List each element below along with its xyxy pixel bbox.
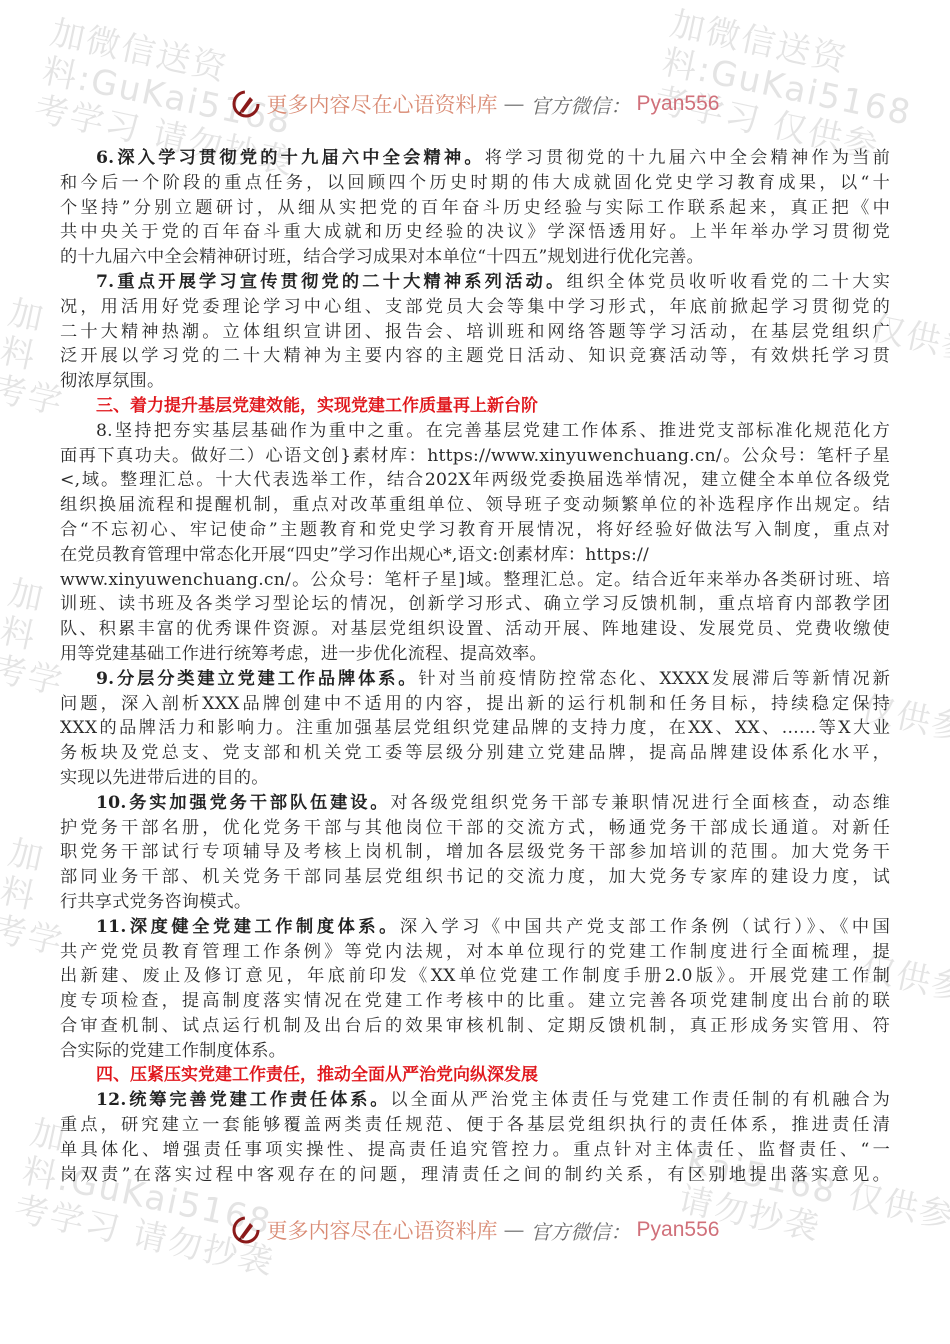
paragraph-line: XXX的品牌活力和影响力。注重加强基层党组织党建品牌的支持力度，在XX、XX、…… <box>60 716 890 741</box>
banner-separator: — <box>504 92 525 116</box>
item-title: 11.深度健全党建工作制度体系。 <box>96 917 400 937</box>
paragraph-item-8: 8.坚持把夯实基层基础作为重中之重。在完善基层党建工作体系、推进党支部标准化规范… <box>60 419 890 667</box>
paragraph-item-10: 10.务实加强党务干部队伍建设。对各级党组织党务干部专兼职情况进行全面核查，动态… <box>60 791 890 915</box>
paragraph-line: 度专项检查，提高制度落实情况在党建工作考核中的比重。建立完善各项党建制度出台前的… <box>60 989 890 1014</box>
quill-pen-logo-icon <box>231 89 261 119</box>
paragraph-line: 共产党党员教育管理工作条例》等党内法规，对本单位现行的党建工作制度进行全面梳理，… <box>60 940 890 965</box>
banner-wechat-id: Pyan556 <box>637 92 720 116</box>
paragraph-line: 单具体化、增强责任事项实操性、提高责任追究管控力。重点针对主体责任、监督责任、“… <box>60 1138 890 1163</box>
paragraph-line: 合实际的党建工作制度体系。 <box>60 1039 890 1064</box>
banner-wechat-label: 官方微信： <box>531 1216 631 1245</box>
paragraph-line: 的十九届六中全会精神研讨班，结合学习成果对本单位“十四五”规划进行优化完善。 <box>60 245 890 270</box>
paragraph-line: 况，用活用好党委理论学习中心组、支部党员大会等集中学习形式，年底前掀起学习贯彻党… <box>60 295 890 320</box>
item-title: 12.统筹完善党建工作责任体系。 <box>96 1090 390 1110</box>
paragraph-line: 部同业务干部、机关党务干部同基层党组织书记的交流力度，加大党务专家库的建设力度，… <box>60 865 890 890</box>
item-title: 9.分层分类建立党建工作品牌体系。 <box>96 669 418 689</box>
paragraph-line: 面再下真功夫。做好二）心语文创}素材库：https://www.xinyuwen… <box>60 444 890 469</box>
paragraph-line: 问题，深入剖析XXX品牌创建中不适用的内容，提出新的运行机制和任务目标，持续稳定… <box>60 692 890 717</box>
item-title: 7.重点开展学习宣传贯彻党的二十大精神系列活动。 <box>96 272 566 292</box>
paragraph-line: 共中央关于党的百年奋斗重大成就和历史经验的决议》学深悟透用好。上半年举办学习贯彻… <box>60 220 890 245</box>
banner-brand-text: 更多内容尽在心语资料库 <box>267 1215 498 1245</box>
paragraph-line: 护党务干部名册，优化党务干部与其他岗位干部的交流方式，畅通党务干部成长通道。对新… <box>60 816 890 841</box>
paragraph-line: 组织换届流程和提醒机制，重点对改革重组单位、领导班子变动频繁单位的补选程序作出规… <box>60 493 890 518</box>
paragraph-line: 8.坚持把夯实基层基础作为重中之重。在完善基层党建工作体系、推进党支部标准化规范… <box>60 419 890 444</box>
paragraph-line: 行共享式党务咨询模式。 <box>60 890 890 915</box>
header-banner: 更多内容尽在心语资料库 — 官方微信： Pyan556 <box>0 84 950 124</box>
paragraph-item-6: 6.深入学习贯彻党的十九届六中全会精神。将学习贯彻党的十九届六中全会精神作为当前… <box>60 146 890 270</box>
paragraph-line: 实现以先进带后进的目的。 <box>60 766 890 791</box>
paragraph-line: www.xinyuwenchuang.cn/。公众号：笔杆子星]域。整理汇总。定… <box>60 568 890 593</box>
footer-banner: 更多内容尽在心语资料库 — 官方微信： Pyan556 <box>0 1210 950 1250</box>
paragraph-line: 彻浓厚氛围。 <box>60 369 890 394</box>
paragraph-line: 12.统筹完善党建工作责任体系。以全面从严治党主体责任与党建工作责任制的有机融合… <box>60 1088 890 1113</box>
quill-pen-logo-icon <box>231 1215 261 1245</box>
section-heading-4: 四、压紧压实党建工作责任，推动全面从严治党向纵深发展 <box>60 1063 890 1088</box>
paragraph-line: 合审查机制、试点运行机制及出台后的效果审核机制、定期反馈机制，真正形成务实管用、… <box>60 1014 890 1039</box>
paragraph-line: 和今后一个阶段的重点任务，以回顾四个历史时期的伟大成就固化党史学习教育成果，以“… <box>60 171 890 196</box>
banner-wechat-id: Pyan556 <box>637 1218 720 1242</box>
paragraph-line: 队、积累丰富的优秀课件资源。对基层党组织设置、活动开展、阵地建设、发展党员、党费… <box>60 617 890 642</box>
paragraph-line: 训班、读书班及各类学习型论坛的情况，创新学习形式、确立学习反馈机制，重点培育内部… <box>60 592 890 617</box>
document-body: 6.深入学习贯彻党的十九届六中全会精神。将学习贯彻党的十九届六中全会精神作为当前… <box>60 146 890 1187</box>
paragraph-line: 6.深入学习贯彻党的十九届六中全会精神。将学习贯彻党的十九届六中全会精神作为当前 <box>60 146 890 171</box>
paragraph-line: 7.重点开展学习宣传贯彻党的二十大精神系列活动。组织全体党员收听收看党的二十大实 <box>60 270 890 295</box>
paragraph-line: 岗双责”在落实过程中客观存在的问题，理清责任之间的制约关系，有区别地提出落实意见… <box>60 1163 890 1188</box>
banner-separator: — <box>504 1218 525 1242</box>
paragraph-line: 二十大精神热潮。立体组织宣讲团、报告会、培训班和网络答题等学习活动，在基层党组织… <box>60 320 890 345</box>
paragraph-item-12: 12.统筹完善党建工作责任体系。以全面从严治党主体责任与党建工作责任制的有机融合… <box>60 1088 890 1187</box>
paragraph-item-11: 11.深度健全党建工作制度体系。深入学习《中国共产党支部工作条例（试行）》、《中… <box>60 915 890 1064</box>
paragraph-line: 出新建、废止及修订意见，年底前印发《XX单位党建工作制度手册2.0版》。开展党建… <box>60 964 890 989</box>
paragraph-line: 职党务干部试行专项辅导及考核上岗机制，增加各层级党务干部参加培训的范围。加大党务… <box>60 840 890 865</box>
paragraph-line: 在党员教育管理中常态化开展“四史”学习作出规心*,语文:创素材库：https:/… <box>60 543 890 568</box>
item-title: 6.深入学习贯彻党的十九届六中全会精神。 <box>96 148 485 168</box>
banner-wechat-label: 官方微信： <box>531 90 631 119</box>
paragraph-line: 个坚持”分别立题研讨，从细从实把党的百年奋斗历史经验与实际工作联系起来，真正把《… <box>60 196 890 221</box>
paragraph-line: 用等党建基础工作进行统筹考虑，进一步优化流程、提高效率。 <box>60 642 890 667</box>
section-heading-3: 三、着力提升基层党建效能，实现党建工作质量再上新台阶 <box>60 394 890 419</box>
paragraph-line: <,域。整理汇总。十大代表选举工作，结合202X年两级党委换届选举情况，建立健全… <box>60 468 890 493</box>
paragraph-line: 10.务实加强党务干部队伍建设。对各级党组织党务干部专兼职情况进行全面核查，动态… <box>60 791 890 816</box>
paragraph-line: 合“不忘初心、牢记使命”主题教育和党史学习教育开展情况，将好经验好做法写入制度，… <box>60 518 890 543</box>
paragraph-line: 11.深度健全党建工作制度体系。深入学习《中国共产党支部工作条例（试行）》、《中… <box>60 915 890 940</box>
paragraph-item-7: 7.重点开展学习宣传贯彻党的二十大精神系列活动。组织全体党员收听收看党的二十大实… <box>60 270 890 394</box>
paragraph-item-9: 9.分层分类建立党建工作品牌体系。针对当前疫情防控常态化、XXXX发展滞后等新情… <box>60 667 890 791</box>
item-title: 10.务实加强党务干部队伍建设。 <box>96 793 390 813</box>
paragraph-line: 泛开展以学习党的二十大精神为主要内容的主题党日活动、知识竞赛活动等，有效烘托学习… <box>60 344 890 369</box>
paragraph-line: 务板块及党总支、党支部和机关党工委等层级分别建立党建品牌，提高品牌建设体系化水平… <box>60 741 890 766</box>
paragraph-line: 9.分层分类建立党建工作品牌体系。针对当前疫情防控常态化、XXXX发展滞后等新情… <box>60 667 890 692</box>
banner-brand-text: 更多内容尽在心语资料库 <box>267 89 498 119</box>
paragraph-line: 重点，研究建立一套能够覆盖两类责任规范、便于各基层党组织执行的责任体系，推进责任… <box>60 1113 890 1138</box>
